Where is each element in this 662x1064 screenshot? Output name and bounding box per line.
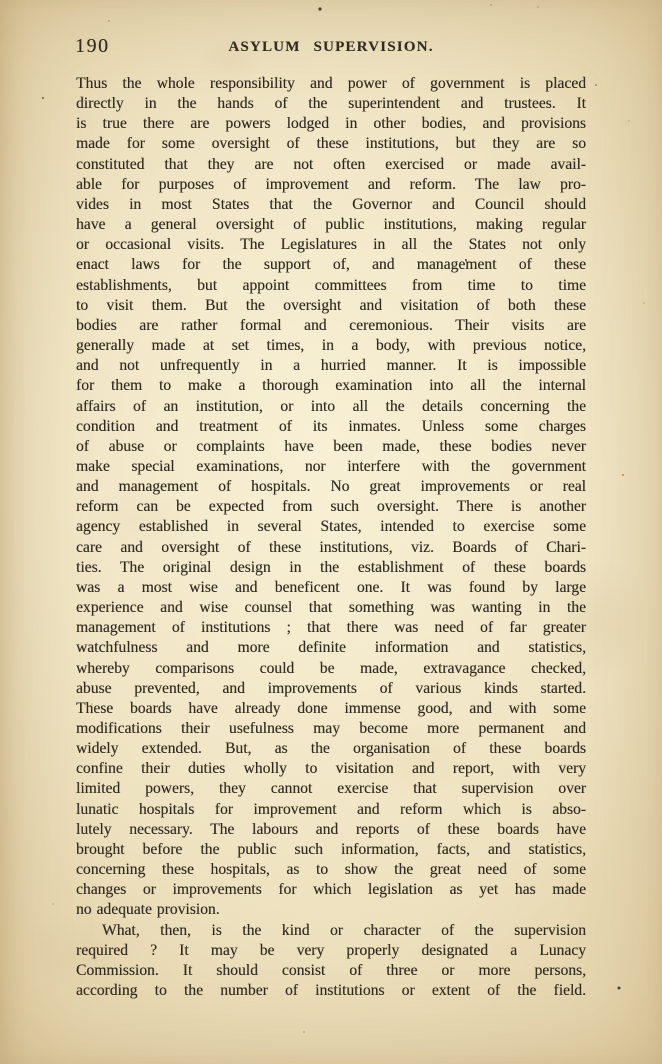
text-line: lunatic hospitals for improvement and re… — [76, 800, 586, 820]
text-line: generally made at set times, in a body, … — [76, 336, 586, 356]
text-line: management of institutions ; that there … — [76, 618, 586, 638]
text-line: modifications their usefulness may becom… — [76, 719, 586, 739]
text-line: to visit them. But the oversight and vis… — [76, 296, 586, 316]
text-line: Thus the whole responsibility and power … — [76, 74, 586, 94]
text-line: bodies are rather formal and ceremonious… — [76, 316, 586, 336]
text-line: ties. The original design in the establi… — [76, 558, 586, 578]
text-line: according to the number of institutions … — [76, 981, 586, 1001]
text-line: constituted that they are not often exer… — [76, 155, 586, 175]
text-line: confine their duties wholly to visitatio… — [76, 759, 586, 779]
text-line: or occasional visits. The Legislatures i… — [76, 235, 586, 255]
text-line: agency established in several States, in… — [76, 517, 586, 537]
text-line: vides in most States that the Governor a… — [76, 195, 586, 215]
paper-speckles — [0, 0, 2, 2]
text-line: watchfulness and more definite informati… — [76, 638, 586, 658]
text-line: affairs of an institution, or into all t… — [76, 397, 586, 417]
page-number: 190 — [75, 35, 110, 57]
running-head: 190 ASYLUM SUPERVISION. — [0, 35, 662, 59]
text-line: and management of hospitals. No great im… — [76, 477, 586, 497]
text-line: widely extended. But, as the organisatio… — [76, 739, 586, 759]
text-line: lutely necessary. The labours and report… — [76, 820, 586, 840]
text-line: concerning these hospitals, as to show t… — [76, 860, 586, 880]
text-line: establishments, but appoint committees f… — [76, 276, 586, 296]
text-line: is true there are powers lodged in other… — [76, 114, 586, 134]
text-line: was a most wise and beneficent one. It w… — [76, 578, 586, 598]
text-line: care and oversight of these institutions… — [76, 538, 586, 558]
text-line: and not unfrequently in a hurried manner… — [76, 356, 586, 376]
text-line: changes or improvements for which legisl… — [76, 880, 586, 900]
book-page: 190 ASYLUM SUPERVISION. Thus the whole r… — [0, 0, 662, 1064]
text-line: have a general oversight of public insti… — [76, 215, 586, 235]
text-line: What, then, is the kind or character of … — [76, 921, 586, 941]
text-line: made for some oversight of these institu… — [76, 134, 586, 154]
paragraph: Thus the whole responsibility and power … — [76, 74, 586, 921]
text-line: no adequate provision. — [76, 900, 586, 920]
text-block: Thus the whole responsibility and power … — [76, 74, 586, 1001]
text-line: experience and wise counsel that somethi… — [76, 598, 586, 618]
text-line: enact laws for the support of, and manag… — [76, 255, 586, 275]
text-line: These boards have already done immense g… — [76, 699, 586, 719]
text-line: make special examinations, nor interfere… — [76, 457, 586, 477]
text-line: reform can be expected from such oversig… — [76, 497, 586, 517]
text-line: able for purposes of improvement and ref… — [76, 175, 586, 195]
text-line: for them to make a thorough examination … — [76, 376, 586, 396]
text-line: limited powers, they cannot exercise tha… — [76, 779, 586, 799]
text-line: of abuse or complaints have been made, t… — [76, 437, 586, 457]
text-line: brought before the public such informati… — [76, 840, 586, 860]
text-line: Commission. It should consist of three o… — [76, 961, 586, 981]
text-line: directly in the hands of the superintend… — [76, 94, 586, 114]
text-line: condition and treatment of its inmates. … — [76, 417, 586, 437]
text-line: abuse prevented, and improvements of var… — [76, 679, 586, 699]
text-line: whereby comparisons could be made, extra… — [76, 659, 586, 679]
paragraph: What, then, is the kind or character of … — [76, 921, 586, 1002]
text-line: required ? It may be very properly desig… — [76, 941, 586, 961]
